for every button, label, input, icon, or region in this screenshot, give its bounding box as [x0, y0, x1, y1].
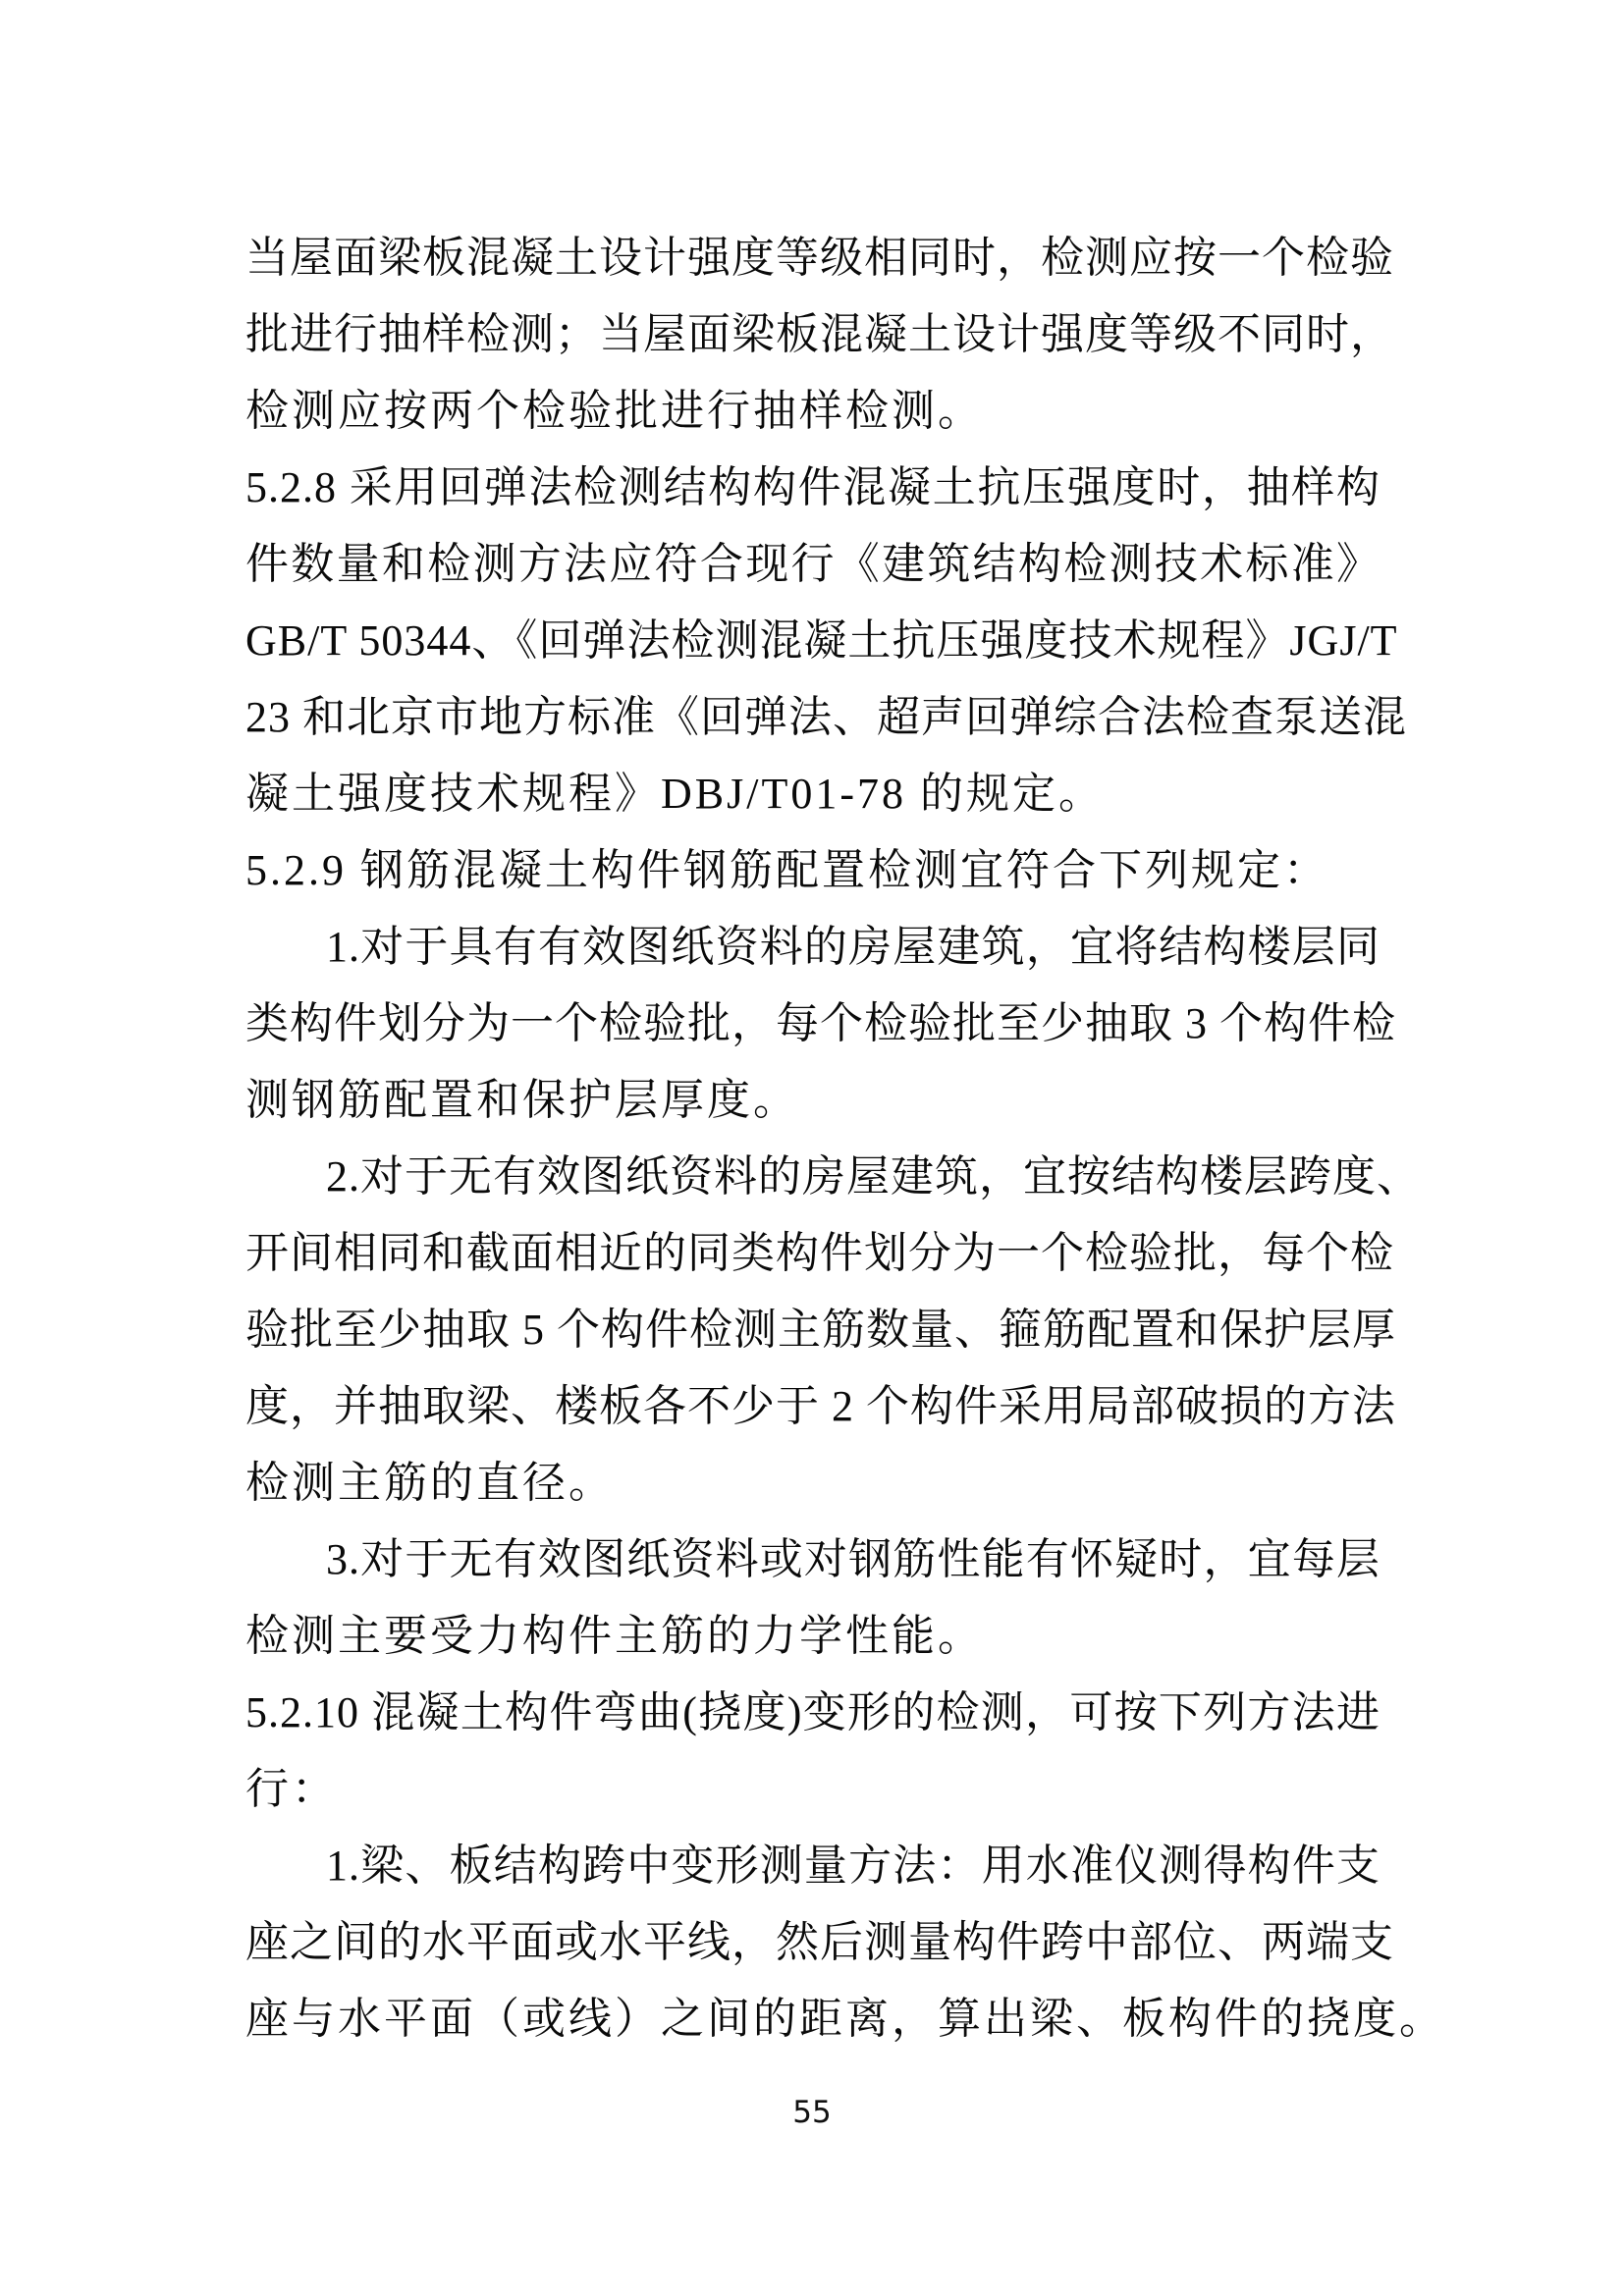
text-line-6: GB/T 50344、《回弹法检测混凝土抗压强度技术规程》JGJ/T	[245, 603, 1380, 679]
text-line-10: 1.对于具有有效图纸资料的房屋建筑，宜将结构楼层同	[245, 909, 1380, 986]
text-line-16: 度，并抽取梁、楼板各不少于 2 个构件采用局部破损的方法	[245, 1368, 1380, 1445]
text-line-13: 2.对于无有效图纸资料的房屋建筑，宜按结构楼层跨度、	[245, 1139, 1380, 1215]
text-line-8: 凝土强度技术规程》DBJ/T01-78 的规定。	[245, 756, 1380, 832]
text-line-2: 批进行抽样检测；当屋面梁板混凝土设计强度等级不同时，	[245, 296, 1380, 373]
text-line-19: 检测主要受力构件主筋的力学性能。	[245, 1598, 1380, 1675]
text-line-4: 5.2.8 采用回弹法检测结构构件混凝土抗压强度时，抽样构	[245, 450, 1380, 526]
text-line-17: 检测主筋的直径。	[245, 1445, 1380, 1522]
text-line-20: 5.2.10 混凝土构件弯曲(挠度)变形的检测，可按下列方法进	[245, 1675, 1380, 1751]
text-line-11: 类构件划分为一个检验批，每个检验批至少抽取 3 个构件检	[245, 986, 1380, 1062]
text-line-7: 23 和北京市地方标准《回弹法、超声回弹综合法检查泵送混	[245, 679, 1380, 756]
document-body: 当屋面梁板混凝土设计强度等级相同时，检测应按一个检验批进行抽样检测；当屋面梁板混…	[245, 220, 1380, 2057]
text-line-18: 3.对于无有效图纸资料或对钢筋性能有怀疑时，宜每层	[245, 1522, 1380, 1598]
page-number: 55	[792, 2095, 831, 2130]
text-line-14: 开间相同和截面相近的同类构件划分为一个检验批，每个检	[245, 1215, 1380, 1292]
text-line-1: 当屋面梁板混凝土设计强度等级相同时，检测应按一个检验	[245, 220, 1380, 296]
text-line-15: 验批至少抽取 5 个构件检测主筋数量、箍筋配置和保护层厚	[245, 1292, 1380, 1368]
text-line-12: 测钢筋配置和保护层厚度。	[245, 1062, 1380, 1139]
text-line-5: 件数量和检测方法应符合现行《建筑结构检测技术标准》	[245, 526, 1380, 603]
text-line-22: 1.梁、板结构跨中变形测量方法：用水准仪测得构件支	[245, 1828, 1380, 1904]
document-page: 当屋面梁板混凝土设计强度等级相同时，检测应按一个检验批进行抽样检测；当屋面梁板混…	[0, 0, 1624, 2296]
text-line-21: 行：	[245, 1751, 1380, 1828]
text-line-23: 座之间的水平面或水平线，然后测量构件跨中部位、两端支	[245, 1904, 1380, 1981]
text-line-24: 座与水平面（或线）之间的距离，算出梁、板构件的挠度。	[245, 1981, 1380, 2057]
text-line-9: 5.2.9 钢筋混凝土构件钢筋配置检测宜符合下列规定：	[245, 832, 1380, 909]
page-footer: 55	[0, 2095, 1624, 2130]
text-line-3: 检测应按两个检验批进行抽样检测。	[245, 373, 1380, 450]
